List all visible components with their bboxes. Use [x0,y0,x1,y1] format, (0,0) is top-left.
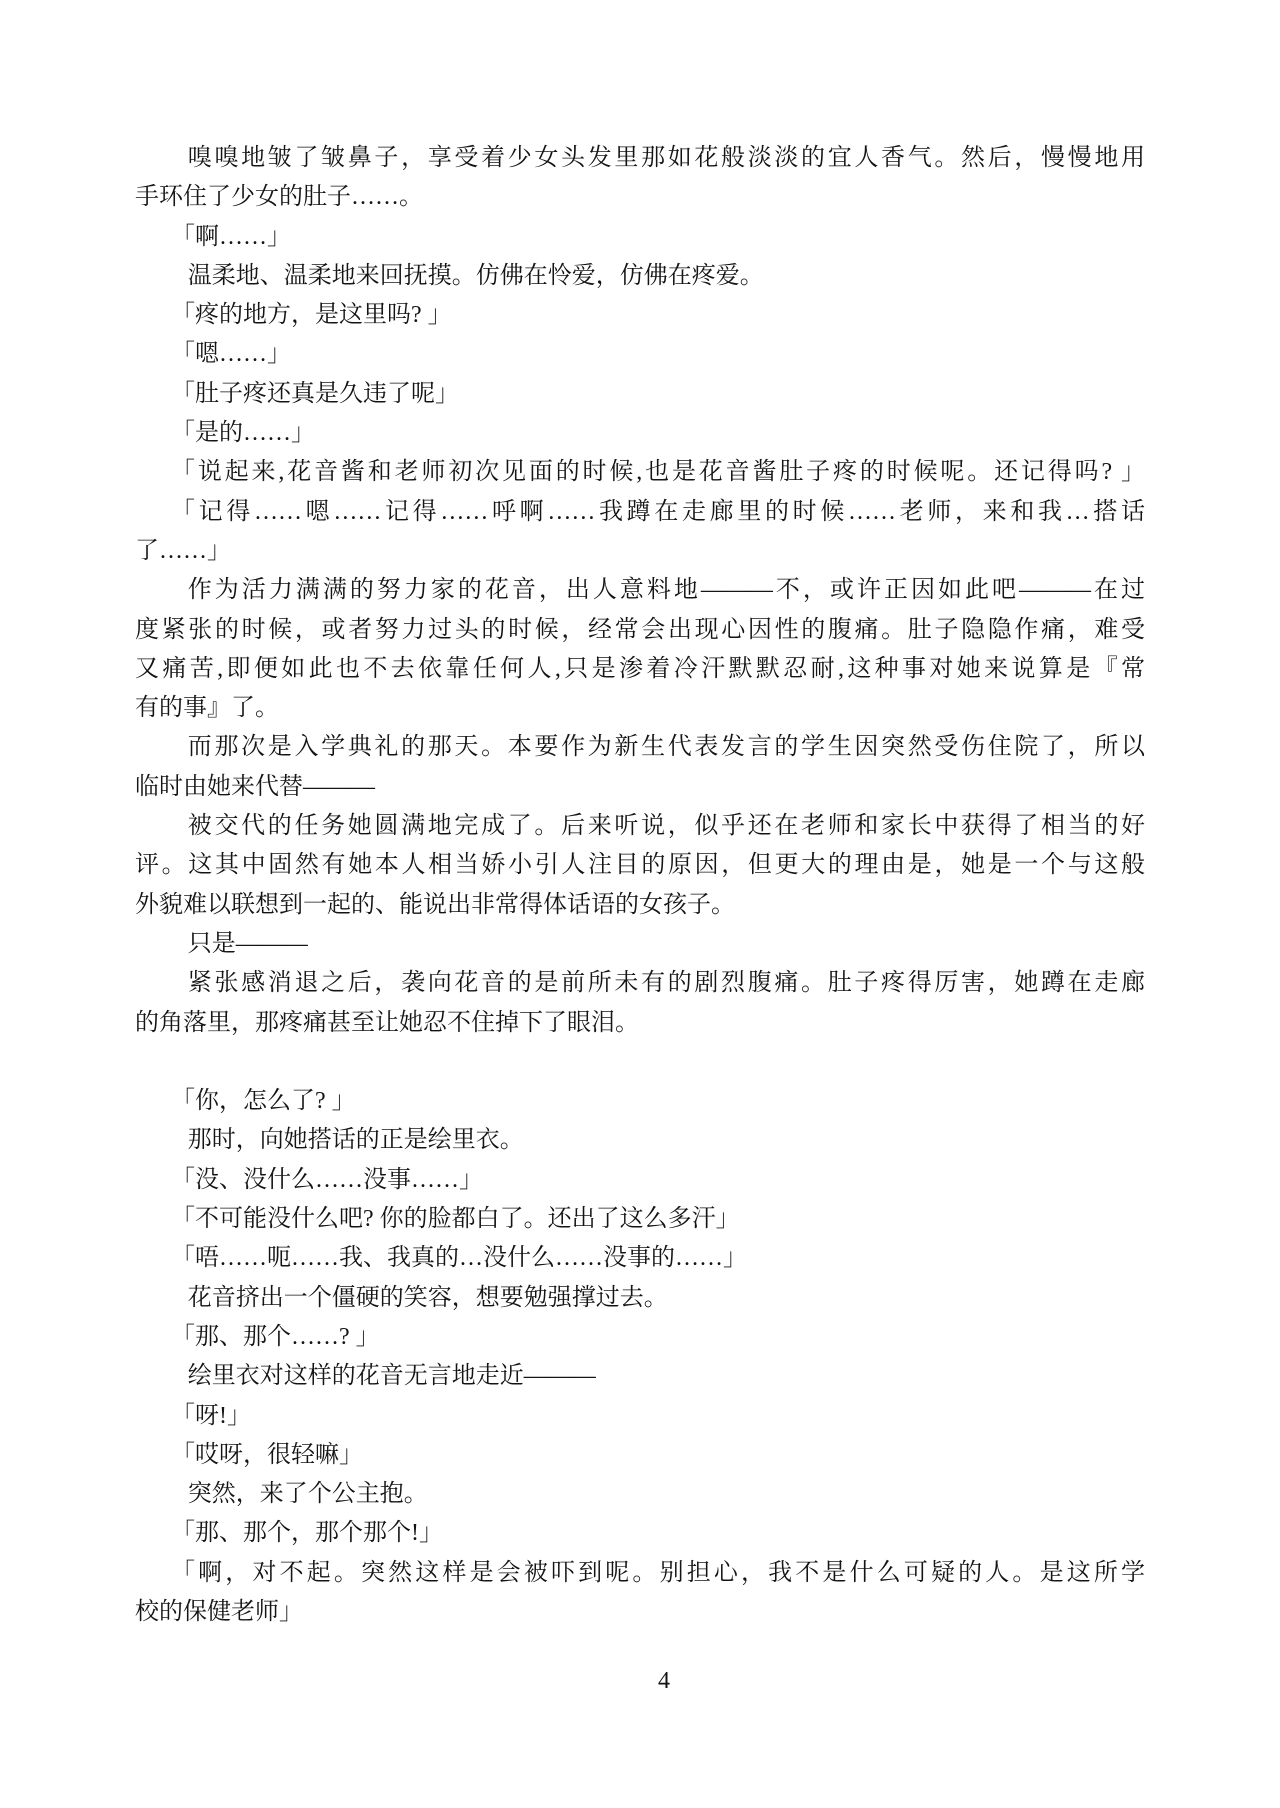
text-line: 「那、那个……? 」 [135,1318,1145,1357]
text-line: 绘里衣对这样的花音无言地走近——— [135,1357,1145,1396]
text-line: 「唔……呃……我、我真的…没什么……没事的……」 [135,1239,1145,1278]
text-line: 有的事』了。 [135,689,1145,728]
text-line: 「疼的地方，是这里吗? 」 [135,296,1145,335]
text-line: 校的保健老师」 [135,1593,1145,1632]
text-line: 评。这其中固然有她本人相当娇小引人注目的原因，但更大的理由是，她是一个与这般 [135,846,1145,885]
text-line: 「你，怎么了? 」 [135,1082,1145,1121]
text-line: 外貌难以联想到一起的、能说出非常得体话语的女孩子。 [135,886,1145,925]
text-line: 「没、没什么……没事……」 [135,1161,1145,1200]
text-line: 嗅嗅地皱了皱鼻子，享受着少女头发里那如花般淡淡的宜人香气。然后，慢慢地用 [135,139,1145,178]
text-line: 临时由她来代替——— [135,768,1145,807]
text-line: 「嗯……」 [135,335,1145,374]
text-line: 「记得……嗯……记得……呼啊……我蹲在走廊里的时候……老师，来和我…搭话 [135,493,1145,532]
text-line: 「哎呀，很轻嘛」 [135,1436,1145,1475]
text-line: 「啊……」 [135,218,1145,257]
text-line: 「那、那个，那个那个!」 [135,1514,1145,1553]
text-line: 温柔地、温柔地来回抚摸。仿佛在怜爱，仿佛在疼爱。 [135,257,1145,296]
text-line: 度紧张的时候，或者努力过头的时候，经常会出现心因性的腹痛。肚子隐隐作痛，难受 [135,611,1145,650]
book-page: 嗅嗅地皱了皱鼻子，享受着少女头发里那如花般淡淡的宜人香气。然后，慢慢地用手环住了… [0,0,1280,1808]
text-line: 「是的……」 [135,414,1145,453]
text-line: 了……」 [135,532,1145,571]
text-line: 只是——— [135,925,1145,964]
text-line: 「说起来,花音酱和老师初次见面的时候,也是花音酱肚子疼的时候呢。还记得吗? 」 [135,453,1145,492]
text-line: 的角落里，那疼痛甚至让她忍不住掉下了眼泪。 [135,1004,1145,1043]
text-line: 花音挤出一个僵硬的笑容，想要勉强撑过去。 [135,1279,1145,1318]
text-line: 作为活力满满的努力家的花音，出人意料地———不，或许正因如此吧———在过 [135,571,1145,610]
text-line: 「不可能没什么吧? 你的脸都白了。还出了这么多汗」 [135,1200,1145,1239]
text-line: 被交代的任务她圆满地完成了。后来听说，似乎还在老师和家长中获得了相当的好 [135,807,1145,846]
text-line: 那时，向她搭话的正是绘里衣。 [135,1121,1145,1160]
page-number: 4 [159,1667,1169,1695]
text-line: 手环住了少女的肚子……。 [135,178,1145,217]
text-line: 又痛苦,即便如此也不去依靠任何人,只是渗着冷汗默默忍耐,这种事对她来说算是『常 [135,650,1145,689]
text-line: 突然，来了个公主抱。 [135,1475,1145,1514]
text-line: 「肚子疼还真是久违了呢」 [135,375,1145,414]
blank-line [135,1043,1145,1082]
text-line: 而那次是入学典礼的那天。本要作为新生代表发言的学生因突然受伤住院了，所以 [135,728,1145,767]
text-block: 嗅嗅地皱了皱鼻子，享受着少女头发里那如花般淡淡的宜人香气。然后，慢慢地用手环住了… [135,139,1145,1632]
text-line: 「啊，对不起。突然这样是会被吓到呢。别担心，我不是什么可疑的人。是这所学 [135,1554,1145,1593]
text-line: 紧张感消退之后，袭向花音的是前所未有的剧烈腹痛。肚子疼得厉害，她蹲在走廊 [135,964,1145,1003]
text-line: 「呀!」 [135,1397,1145,1436]
